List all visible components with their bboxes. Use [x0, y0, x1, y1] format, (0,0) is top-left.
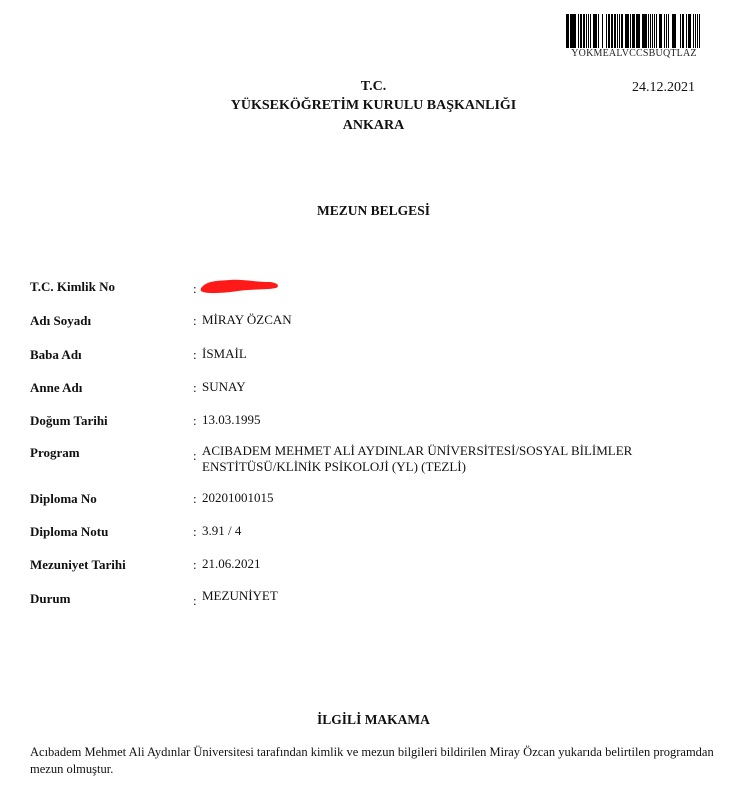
field-value-program: ACIBADEM MEHMET ALİ AYDINLAR ÜNİVERSİTES…	[202, 443, 632, 475]
field-label-father-name: Baba Adı	[30, 347, 82, 363]
addressee-heading: İLGİLİ MAKAMA	[0, 712, 747, 728]
field-value-diploma-no: 20201001015	[202, 490, 274, 506]
field-colon: :	[193, 557, 197, 573]
field-colon: :	[193, 448, 197, 464]
field-label-name: Adı Soyadı	[30, 313, 91, 329]
field-label-birth-date: Doğum Tarihi	[30, 413, 108, 429]
redaction-mark	[200, 277, 280, 295]
field-value-father-name: İSMAİL	[202, 346, 247, 362]
field-label-graduation-date: Mezuniyet Tarihi	[30, 557, 126, 573]
field-value-diploma-grade: 3.91 / 4	[202, 523, 241, 539]
field-value-mother-name: SUNAY	[202, 379, 246, 395]
field-label-mother-name: Anne Adı	[30, 380, 82, 396]
field-value-graduation-date: 21.06.2021	[202, 556, 261, 572]
field-colon: :	[193, 281, 197, 297]
field-colon: :	[193, 347, 197, 363]
field-colon: :	[193, 413, 197, 429]
field-value-birth-date: 13.03.1995	[202, 412, 261, 428]
field-value-name: MİRAY ÖZCAN	[202, 312, 292, 328]
field-value-status: MEZUNİYET	[202, 588, 278, 604]
header-institution: YÜKSEKÖĞRETİM KURULU BAŞKANLIĞI	[0, 98, 747, 114]
barcode-bars	[566, 14, 702, 48]
header-city: ANKARA	[0, 118, 747, 134]
field-label-program: Program	[30, 445, 80, 461]
field-colon: :	[193, 491, 197, 507]
field-colon: :	[193, 380, 197, 396]
barcode	[566, 14, 702, 48]
field-colon: :	[193, 524, 197, 540]
field-label-status: Durum	[30, 591, 70, 607]
program-line-1: ACIBADEM MEHMET ALİ AYDINLAR ÜNİVERSİTES…	[202, 443, 632, 459]
program-line-2: ENSTİTÜSÜ/KLİNİK PSİKOLOJİ (YL) (TEZLİ)	[202, 459, 632, 475]
field-label-diploma-grade: Diploma Notu	[30, 524, 108, 540]
document-title: MEZUN BELGESİ	[0, 203, 747, 219]
certification-paragraph: Acıbadem Mehmet Ali Aydınlar Üniversites…	[30, 744, 720, 778]
field-colon: :	[193, 593, 197, 609]
header-country: T.C.	[0, 79, 747, 95]
field-label-diploma-no: Diploma No	[30, 491, 97, 507]
field-label-tc-kimlik: T.C. Kimlik No	[30, 279, 115, 295]
field-colon: :	[193, 313, 197, 329]
barcode-code: YOKMEALVCCSBUQTLAZ	[566, 48, 702, 59]
